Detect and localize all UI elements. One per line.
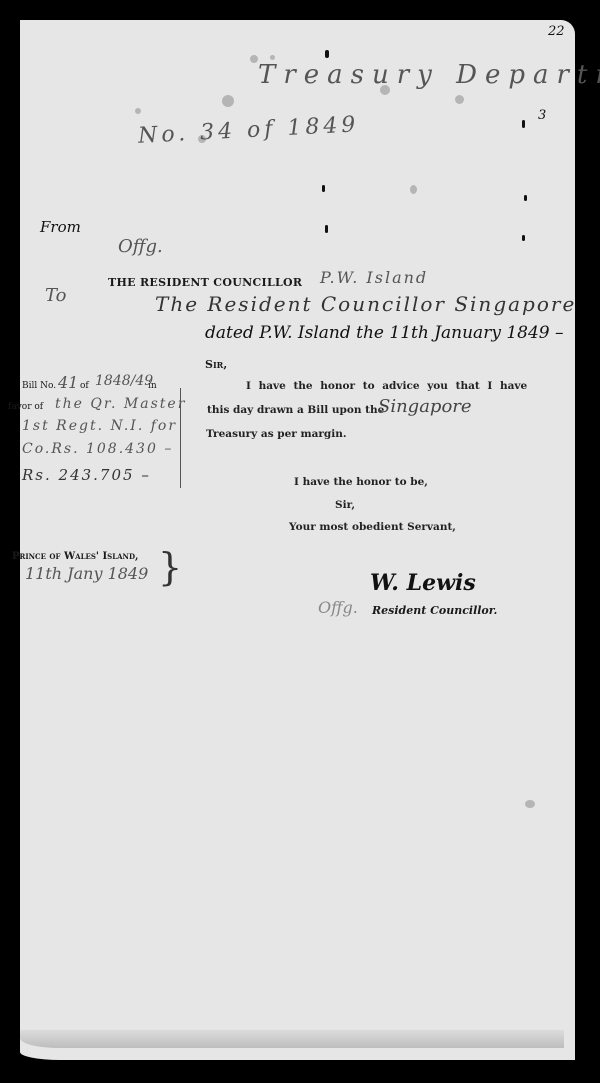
margin-bill-no-label: Bill No. (22, 381, 56, 391)
closing-line-2: Sir, (335, 499, 355, 511)
salutation: Sir, (205, 358, 227, 371)
margin-line-5: Rs. 243.705 – (22, 466, 151, 484)
margin-line-3: 1st Regt. N.I. for (22, 418, 177, 434)
signature-title: Resident Councillor. (372, 604, 497, 617)
ink-spot (525, 800, 535, 808)
ink-spot (250, 55, 258, 63)
margin-favor-label: favor of (8, 402, 43, 412)
closing-line-3: Your most obedient Servant, (289, 521, 456, 533)
margin-place: Prince of Wales' Island, (12, 551, 139, 562)
margin-of-value: 1848/49 (95, 373, 153, 389)
printed-heading: THE RESIDENT COUNCILLOR (108, 276, 302, 289)
ink-mark (325, 225, 328, 233)
ink-mark (524, 195, 527, 201)
ink-mark (522, 120, 525, 128)
from-label: From (40, 218, 81, 236)
ink-spot (410, 185, 417, 194)
signature-prefix: Offg. (318, 598, 358, 617)
margin-of-label: of (80, 381, 89, 391)
body-line-1: I have the honor to advice you that I ha… (246, 380, 527, 392)
margin-date: 11th Jany 1849 (25, 564, 148, 583)
ink-mark (522, 235, 525, 241)
department-annotation: Treasury Department (258, 60, 600, 90)
closing-line-1: I have the honor to be, (294, 476, 428, 488)
margin-line-4: Co.Rs. 108.430 – (22, 441, 173, 457)
addressee-line-2: dated P.W. Island the 11th January 1849 … (205, 323, 564, 343)
margin-favor-value: the Qr. Master (55, 396, 186, 412)
body-line-2-prefix: this day drawn a Bill upon the (207, 404, 384, 416)
body-line-2-handwritten: Singapore (378, 396, 472, 417)
page-number: 22 (548, 24, 565, 39)
margin-brace: } (158, 548, 182, 586)
margin-in-label: in (148, 381, 157, 391)
signature: W. Lewis (370, 570, 476, 596)
ink-spot (455, 95, 464, 104)
from-value: Offg. (118, 236, 163, 257)
body-line-3: Treasury as per margin. (206, 428, 347, 440)
margin-bill-no-value: 41 (58, 373, 78, 392)
document-page (20, 20, 575, 1060)
to-label: To (45, 285, 66, 306)
ink-mark (325, 50, 329, 58)
addressee-line-1: The Resident Councillor Singapore (155, 292, 576, 316)
right-column-number: 3 (538, 108, 546, 123)
heading-handwritten-place: P.W. Island (320, 268, 428, 287)
page-bottom-edge (20, 1030, 564, 1048)
ink-spot (222, 95, 234, 107)
ink-spot (135, 108, 141, 114)
ink-mark (322, 185, 325, 192)
